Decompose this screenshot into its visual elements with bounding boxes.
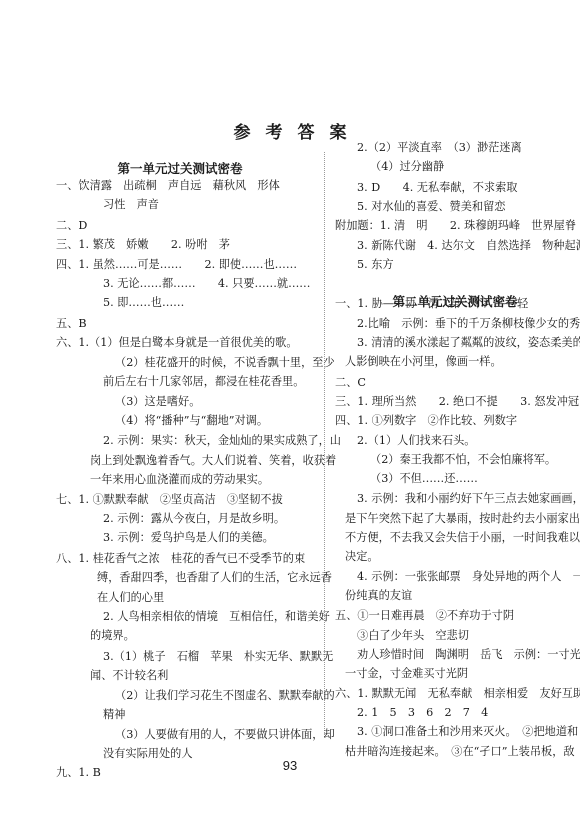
answer-line: 九、1. B xyxy=(56,764,101,780)
answer-line: 是下午突然下起了大暴雨，按时赴约去小丽家出行 xyxy=(345,510,580,526)
answer-line: 三、1. 理所当然 2. 绝口不提 3. 怒发冲冠 xyxy=(335,393,579,409)
answer-line: 人影倒映在小河里，像画一样。 xyxy=(345,353,502,369)
answer-line: 劝人珍惜时间 陶渊明 岳飞 示例：一寸光阴 xyxy=(357,646,580,662)
answer-line: （4）将“播种”与“翻地”对调。 xyxy=(115,412,268,428)
answer-line: 一年来用心血浇灌而成的劳动果实。 xyxy=(90,471,269,487)
answer-line: 5. 东方 xyxy=(357,256,394,272)
answer-line: 附加题：1. 清 明 2. 珠穆朗玛峰 世界屋脊 xyxy=(335,217,576,233)
answer-line: 3. 示例：我和小丽约好下午三点去她家画画，可 xyxy=(357,490,580,506)
answer-line: 一、饮清露 出疏桐 声自远 藉秋风 形体 xyxy=(56,177,280,193)
answer-line: 3. 无论……都…… 4. 只要……就…… xyxy=(103,275,310,291)
answer-line: 前后左右十几家邻居，都浸在桂花香里。 xyxy=(103,373,304,389)
answer-line: 精神 xyxy=(103,706,125,722)
answer-line: （3）这是嗜好。 xyxy=(115,393,200,409)
answer-line: 不方便，不去我又会失信于小丽，一时间我难以做 xyxy=(345,529,580,545)
answer-line: 枯井暗沟连接起来。 ③在“孑口”上装吊板，敌 xyxy=(345,743,575,759)
answer-line: 3.（1）桃子 石榴 苹果 朴实无华、默默无 xyxy=(103,648,333,664)
answer-line: 一、1. 胁——协 清（第一个）——轻 xyxy=(335,295,528,311)
answer-line: 四、1. 虽然……可是…… 2. 即使……也…… xyxy=(56,256,297,272)
answer-line: 二、C xyxy=(335,374,366,390)
answer-line: 2.比喻 示例：垂下的千万条柳枝像少女的秀发。 xyxy=(357,315,580,331)
answer-line: （2）让我们学习花生不图虚名、默默奉献的 xyxy=(115,687,335,703)
answer-line: 四、1. ①列数字 ②作比较、列数字 xyxy=(335,412,517,428)
answer-line: 2. 人鸟相亲相依的情境 互相信任，和谐美好 xyxy=(103,608,330,624)
answer-line: 五、①一日难再晨 ②不弃功于寸阴 xyxy=(335,607,514,623)
answer-line: 份纯真的友谊 xyxy=(345,587,412,603)
answer-line: 3. 清清的溪水漾起了粼粼的波纹，姿态柔美的 xyxy=(357,334,580,350)
answer-line: 2. 示例：果实：秋天，金灿灿的果实成熟了，山 xyxy=(103,432,341,448)
answer-line: 一寸金，寸金难买寸光阴 xyxy=(345,665,468,681)
answer-line: 缚，香甜四季，也香甜了人们的生活，它永远香 xyxy=(97,569,332,585)
answer-line: （3）不但……还…… xyxy=(370,470,478,486)
answer-line: 在人们的心里 xyxy=(97,589,164,605)
answer-line: （2）桂花盛开的时候，不说香飘十里，至少 xyxy=(115,354,335,370)
answer-line: 六、1.（1）但是白鹭本身就是一首很优美的歌。 xyxy=(56,334,298,350)
answer-line: （3）人要做有用的人，不要做只讲体面，却 xyxy=(115,726,335,742)
section-title-unit-1: 第一单元过关测试密卷 xyxy=(40,159,320,177)
answer-line: 三、1. 繁茂 娇嫩 2. 吩咐 茅 xyxy=(56,236,230,252)
answer-line: 七、1. ①默默奉献 ②坚贞高洁 ③坚韧不拔 xyxy=(56,491,283,507)
answer-line: 岗上到处飘逸着香气。大人们说着、笑着，收获着 xyxy=(90,452,336,468)
answer-line: 没有实际用处的人 xyxy=(103,745,193,761)
answer-line: 3. ①洞口准备土和沙用来灭火。 ②把地道和 xyxy=(357,723,578,739)
answer-line: 3. 新陈代谢 4. 达尔文 自然选择 物种起源 xyxy=(357,237,580,253)
answer-line: 2.（1）人们找来石头。 xyxy=(357,432,475,448)
answer-line: 5. 即……也…… xyxy=(103,294,184,310)
answer-line: 六、1. 默默无闻 无私奉献 相亲相爱 友好互助 xyxy=(335,685,580,701)
answer-line: 闻、不计较名利 xyxy=(90,667,168,683)
answer-line: 4. 示例：一张张邮票 身处异地的两个人 一 xyxy=(357,568,580,584)
answer-line: 2. 示例：露从今夜白，月是故乡明。 xyxy=(103,510,285,526)
answer-line: 二、D xyxy=(56,217,87,233)
answer-line: （4）过分幽静 xyxy=(370,158,444,174)
answer-line: （2）秦王我都不怕，不会怕廉将军。 xyxy=(370,451,556,467)
answer-line: 八、1. 桂花香气之浓 桂花的香气已不受季节的束 xyxy=(56,550,305,566)
answer-line: 习性 声音 xyxy=(103,196,159,212)
answer-line: 3. D 4. 无私奉献，不求索取 xyxy=(357,179,518,195)
answer-line: 的境界。 xyxy=(90,627,135,643)
answer-line: 2.（2）平淡直率 （3）渺茫迷离 xyxy=(357,139,522,155)
answer-line: ③白了少年头 空悲切 xyxy=(357,627,469,643)
answer-line: 五、B xyxy=(56,315,87,331)
answer-line: 2. 1 5 3 6 2 7 4 xyxy=(357,704,488,720)
answer-line: 5. 对水仙的喜爱、赞美和留恋 xyxy=(357,198,505,214)
answer-line: 决定。 xyxy=(345,548,379,564)
answer-line: 3. 示例：爱鸟护鸟是人们的美德。 xyxy=(103,529,274,545)
